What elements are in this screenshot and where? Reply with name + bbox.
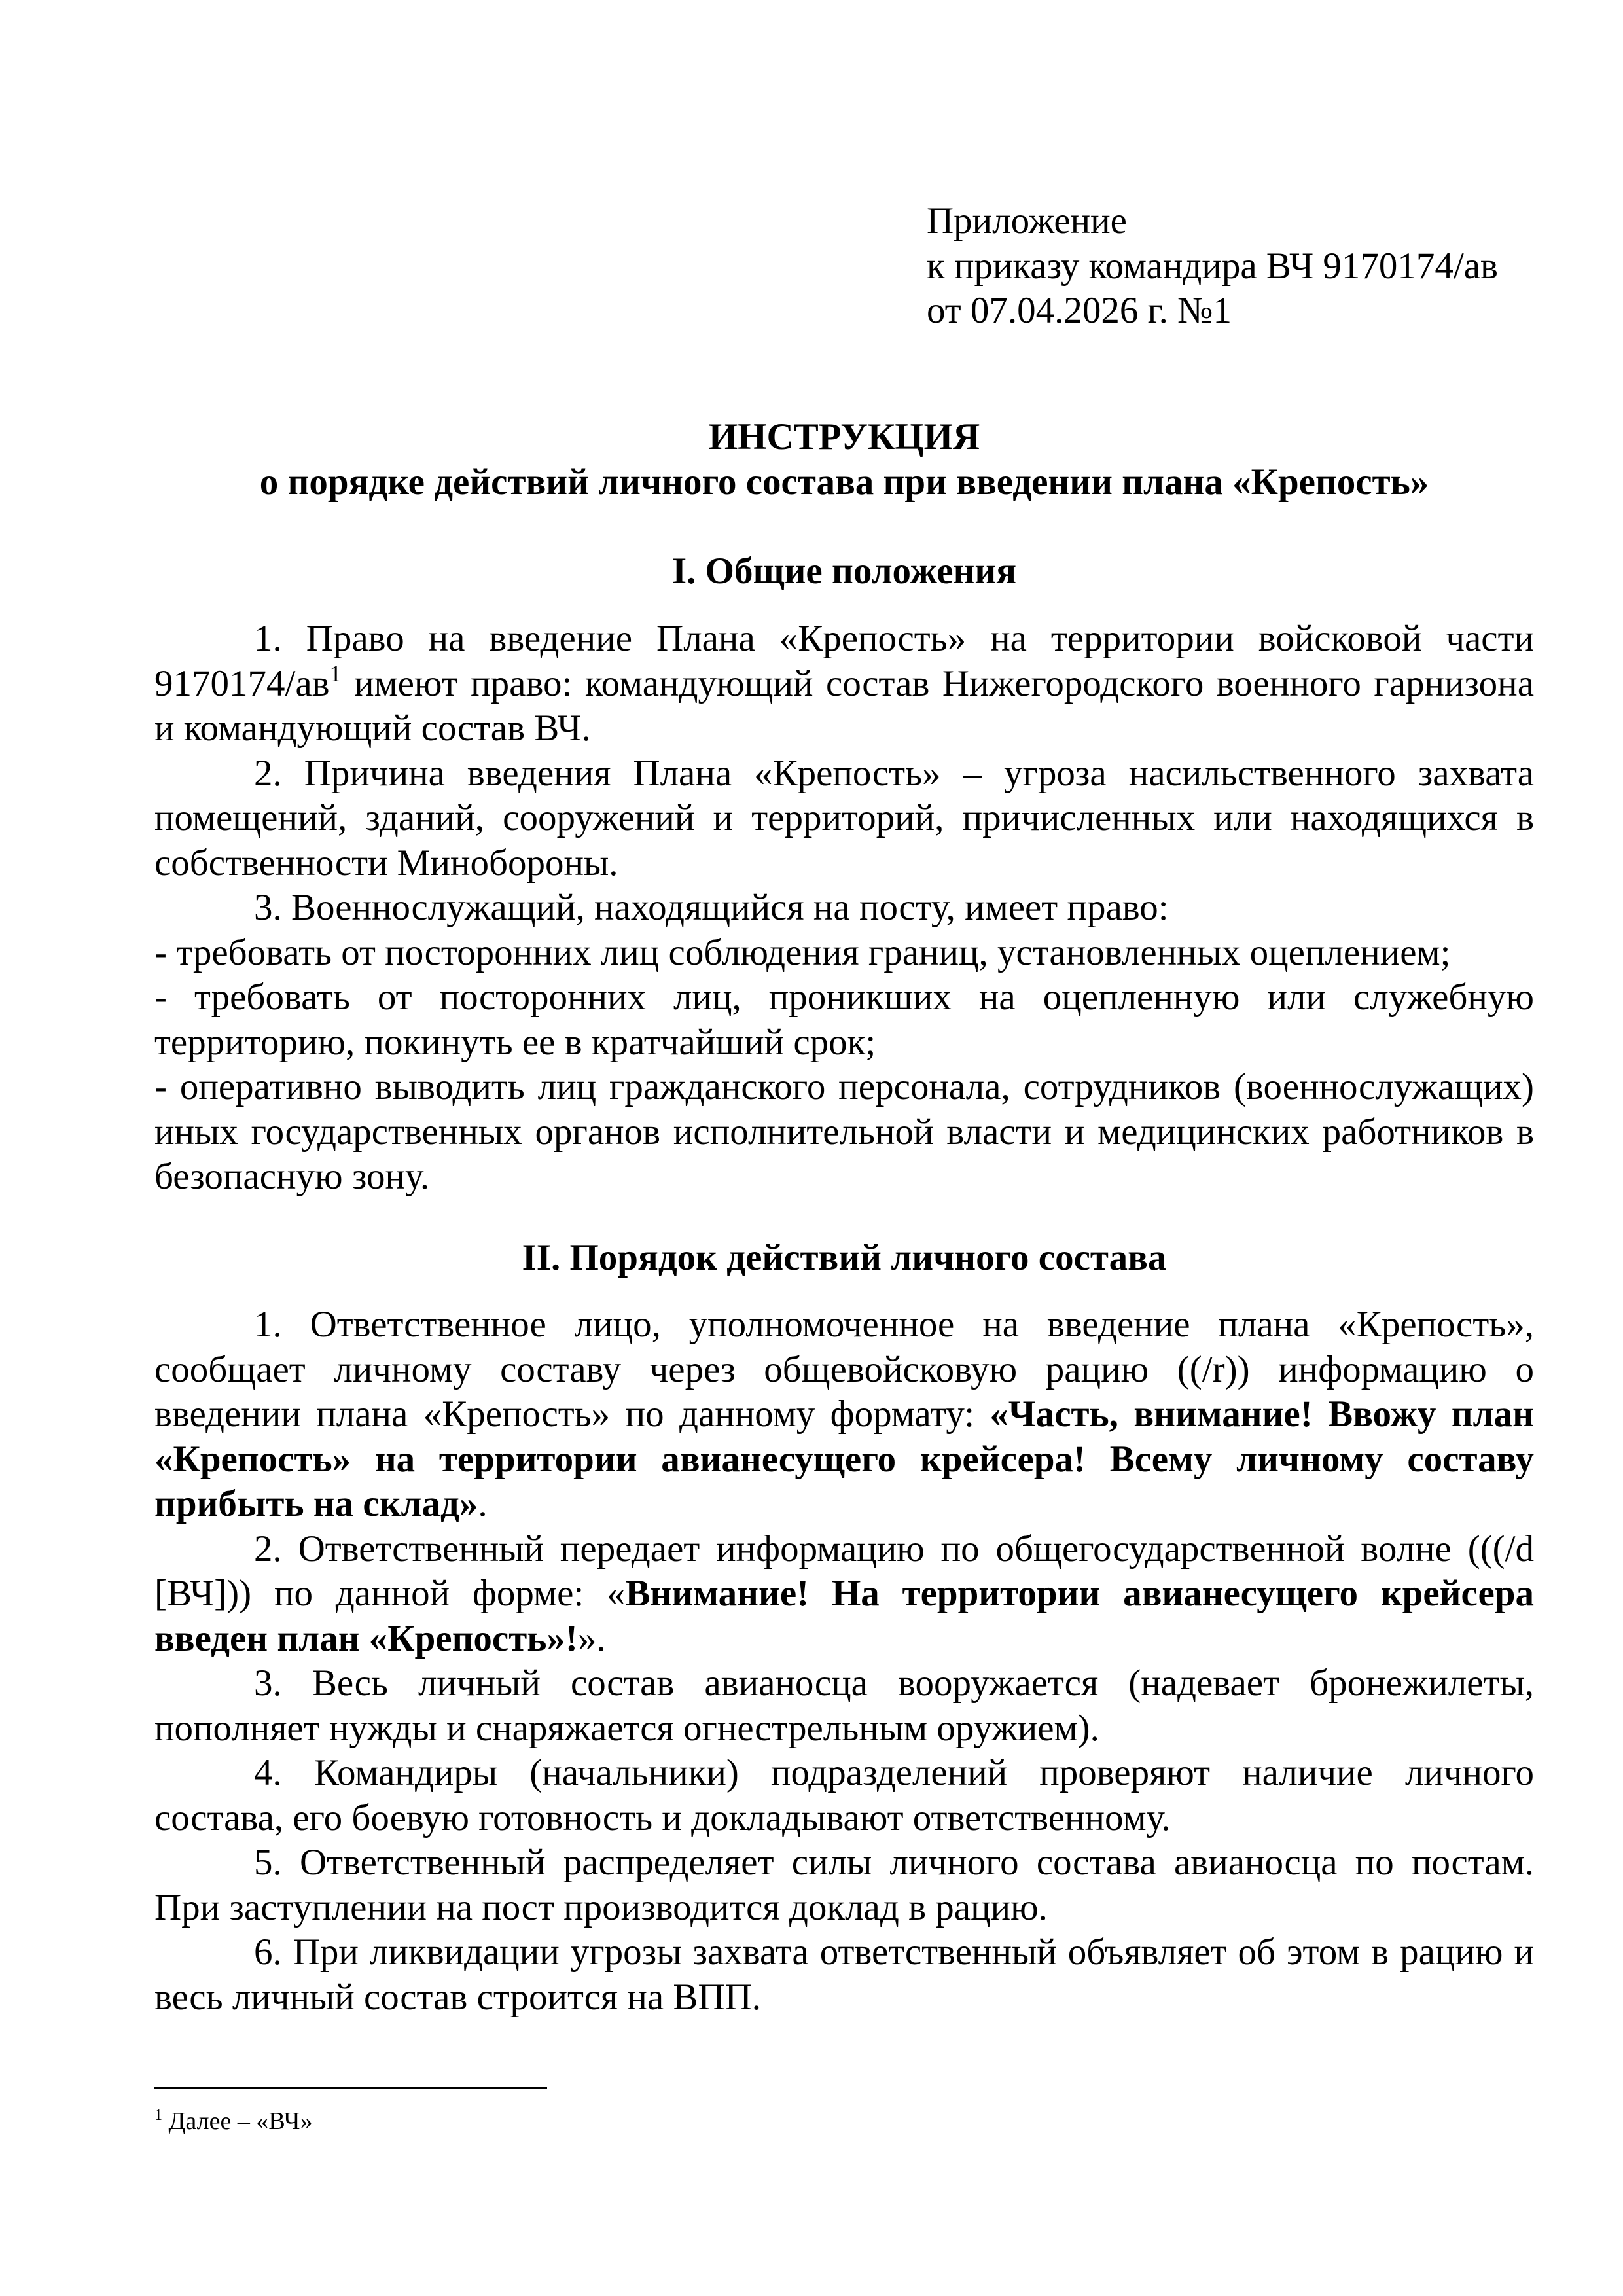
right-item-1: - требовать от посторонних лиц соблюдени…	[154, 931, 1534, 976]
footnote-separator	[154, 2087, 547, 2089]
section-2-heading: II. Порядок действий личного состава	[154, 1236, 1534, 1281]
footnote: 1 Далее – «ВЧ»	[154, 2106, 312, 2136]
paragraph-text: имеют право: командующий состав Нижегоро…	[154, 663, 1534, 749]
section-2-paragraph-4: 4. Командиры (начальники) подразделений …	[154, 1751, 1534, 1840]
appendix-label: Приложение	[927, 199, 1498, 244]
section-1-body: 1. Право на введение Плана «Крепость» на…	[154, 617, 1534, 1200]
document-title: ИНСТРУКЦИЯ	[154, 415, 1534, 460]
section-1-paragraph-2: 2. Причина введения Плана «Крепость» – у…	[154, 751, 1534, 886]
section-1-paragraph-3: 3. Военнослужащий, находящийся на посту,…	[154, 886, 1534, 931]
document-title-block: ИНСТРУКЦИЯ о порядке действий личного со…	[154, 415, 1534, 505]
section-1-paragraph-1: 1. Право на введение Плана «Крепость» на…	[154, 617, 1534, 751]
right-item-2: - требовать от посторонних лиц, проникши…	[154, 975, 1534, 1065]
section-2-paragraph-2: 2. Ответственный передает информацию по …	[154, 1527, 1534, 1662]
appendix-order-date: от 07.04.2026 г. №1	[927, 289, 1498, 334]
section-1-heading: I. Общие положения	[154, 549, 1534, 594]
section-2-paragraph-1: 1. Ответственное лицо, уполномоченное на…	[154, 1302, 1534, 1527]
section-2-body: 1. Ответственное лицо, уполномоченное на…	[154, 1302, 1534, 2020]
section-2-paragraph-5: 5. Ответственный распределяет силы лично…	[154, 1840, 1534, 1930]
document-page: Приложение к приказу командира ВЧ 917017…	[0, 0, 1623, 2296]
paragraph-text: .	[478, 1483, 487, 1524]
footnote-text: Далее – «ВЧ»	[162, 2108, 312, 2135]
appendix-header: Приложение к приказу командира ВЧ 917017…	[927, 199, 1498, 334]
appendix-order-reference: к приказу командира ВЧ 9170174/ав	[927, 244, 1498, 289]
footnote-mark: 1	[154, 2107, 162, 2124]
section-2-paragraph-6: 6. При ликвидации угрозы захвата ответст…	[154, 1930, 1534, 2020]
section-2-paragraph-3: 3. Весь личный состав авианосца вооружае…	[154, 1661, 1534, 1751]
document-subtitle: о порядке действий личного состава при в…	[154, 460, 1534, 505]
paragraph-text: ».	[578, 1618, 606, 1659]
footnote-reference: 1	[330, 660, 342, 687]
right-item-3: - оперативно выводить лиц гражданского п…	[154, 1065, 1534, 1200]
